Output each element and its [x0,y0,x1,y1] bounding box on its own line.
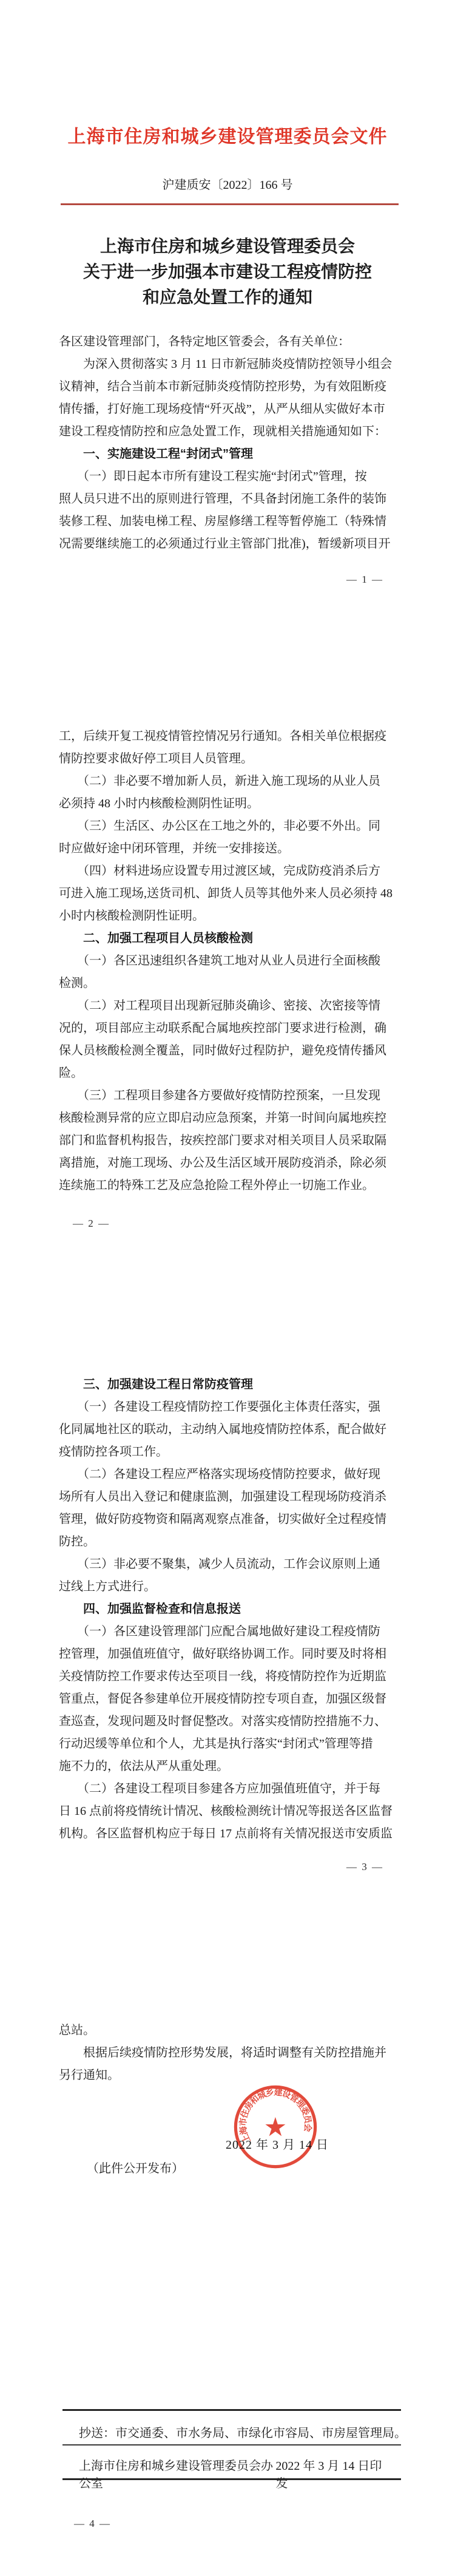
page3-paragraph-b: （一）各区建设管理部门应配合属地做好建设工程疫情防 控管理，加强值班值守，做好联… [59,1621,399,1845]
footer-issuer-row: 上海市住房和城乡建设管理委员会办公室 2022 年 3 月 14 日印发 [79,2456,382,2491]
page1-section-heading-1: 一、实施建设工程“封闭式”管理 [59,443,399,466]
page-number-1: — 1 — [346,574,383,586]
doc-title: 上海市住房和城乡建设管理委员会 关于进一步加强本市建设工程疫情防控 和应急处置工… [0,234,455,311]
page3-section-heading-3: 三、加强建设工程日常防疫管理 [59,1374,399,1396]
issue-date: 2022 年 3 月 14 日 [226,2135,329,2152]
page1-paragraph-intro: 各区建设管理部门，各特定地区管委会，各有关单位： 为深入贯彻落实 3 月 11 … [59,331,399,443]
page4-paragraph: 总站。 根据后续疫情防控形势发展，将适时调整有关防控措施并 另行通知。 [59,2019,399,2087]
footer-rule-top [62,2409,401,2411]
publish-note: （此件公开发布） [87,2158,184,2176]
page3-paragraph-a: （一）各建设工程疫情防控工作要强化主体责任落实，强 化同属地社区的联动，主动纳入… [59,1396,399,1598]
footer-issuer: 上海市住房和城乡建设管理委员会办公室 [79,2456,275,2491]
doc-number: 沪建质安〔2022〕166 号 [0,175,455,192]
official-seal: ★ 上海市住房和城乡建设管理委员会 [230,2081,321,2172]
footer-rule-bottom [62,2478,401,2480]
footer-rule-middle [62,2444,401,2446]
page2-section-heading-2: 二、加强工程项目人员核酸检测 [59,927,399,950]
page-number-3: — 3 — [346,1861,383,1873]
document-page: 上海市住房和城乡建设管理委员会文件 沪建质安〔2022〕166 号 上海市住房和… [0,0,455,2576]
page1-paragraph-body: （一）即日起本市所有建设工程实施“封闭式”管理，按 照人员只进不出的原则进行管理… [59,466,399,555]
page-number-2: — 2 — [73,1218,110,1230]
page2-paragraph-b: （一）各区迅速组织各建筑工地对从业人员进行全面核酸 检测。 （二）对工程项目出现… [59,950,399,1197]
letterhead-red-rule [61,203,399,205]
page3-section-heading-4: 四、加强监督检查和信息报送 [59,1598,399,1621]
page-number-4: — 4 — [74,2518,111,2530]
page2-paragraph-a: 工，后续开复工视疫情管控情况另行通知。各相关单位根据疫 情防控要求做好停工项目人… [59,725,399,927]
footer-cc-line: 抄送：市交通委、市水务局、市绿化市容局、市房屋管理局。 [79,2423,406,2441]
footer-print-date: 2022 年 3 月 14 日印发 [275,2456,382,2491]
letterhead-title: 上海市住房和城乡建设管理委员会文件 [0,121,455,148]
